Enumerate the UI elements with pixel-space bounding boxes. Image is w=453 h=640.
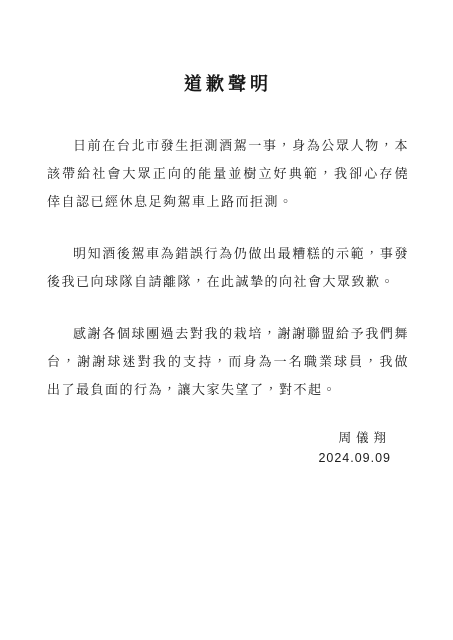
apology-statement-page: 道歉聲明 日前在台北市發生拒測酒駕一事，身為公眾人物，本該帶給社會大眾正向的能量… — [0, 0, 453, 640]
page-title: 道歉聲明 — [47, 70, 409, 96]
paragraph-apology: 明知酒後駕車為錯誤行為仍做出最糟糕的示範，事發後我已向球隊自請離隊，在此誠摯的向… — [47, 240, 409, 296]
paragraph-incident: 日前在台北市發生拒測酒駕一事，身為公眾人物，本該帶給社會大眾正向的能量並樹立好典… — [47, 132, 409, 216]
signature-block: 周儀翔 2024.09.09 — [47, 428, 409, 468]
signature-name: 周儀翔 — [47, 428, 391, 448]
paragraph-thanks: 感謝各個球團過去對我的栽培，謝謝聯盟給予我們舞台，謝謝球迷對我的支持，而身為一名… — [47, 320, 409, 404]
signature-date: 2024.09.09 — [47, 448, 391, 468]
